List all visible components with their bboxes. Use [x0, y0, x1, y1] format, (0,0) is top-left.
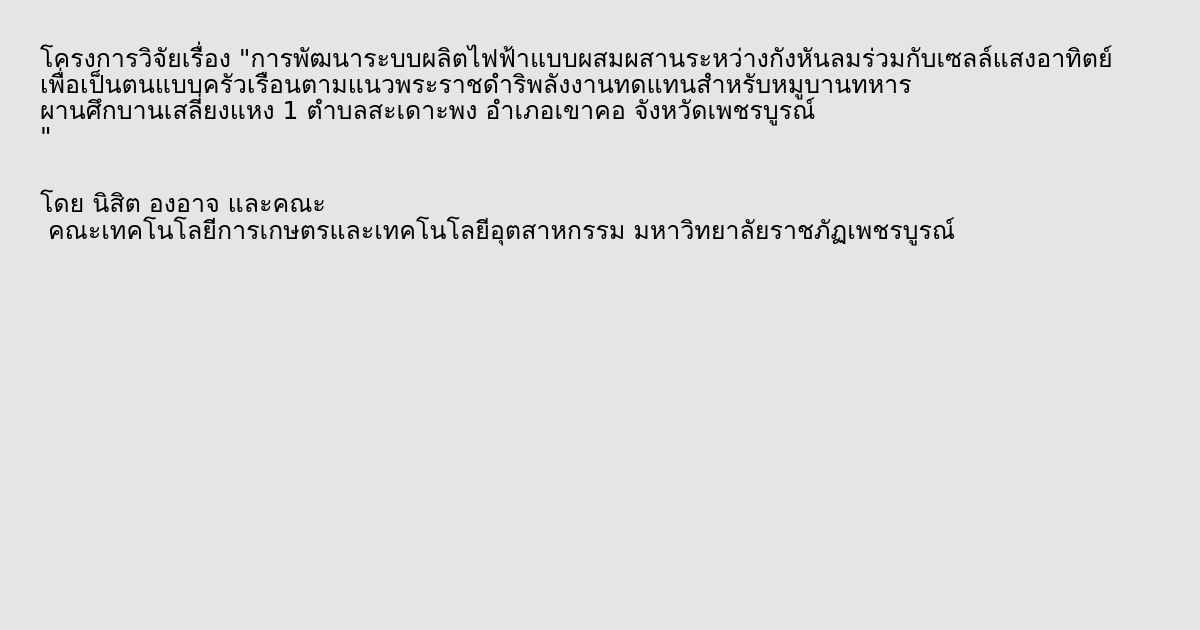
- title-line-1: โครงการวิจัยเรื่อง "การพัฒนาระบบผลิตไฟฟ้…: [40, 46, 1190, 72]
- authors: โดย นิสิต องอาจ และคณะ: [40, 190, 1190, 217]
- affiliation: คณะเทคโนโลยีการเกษตรและเทคโนโลยีอุตสาหกร…: [40, 217, 1190, 244]
- byline: โดย นิสิต องอาจ และคณะ คณะเทคโนโลยีการเก…: [40, 190, 1190, 244]
- title-line-2: เพื่อเป็นตนแบบครัวเรือนตามแนวพระราชดำริพ…: [40, 72, 1190, 98]
- share-card: โครงการวิจัยเรื่อง "การพัฒนาระบบผลิตไฟฟ้…: [0, 0, 1200, 630]
- project-title: โครงการวิจัยเรื่อง "การพัฒนาระบบผลิตไฟฟ้…: [40, 46, 1190, 150]
- title-line-4: ": [40, 124, 1190, 150]
- title-line-3: ผานศึกบานเสลี่ยงแหง 1 ตำบลสะเดาะพง อำเภอ…: [40, 98, 1190, 124]
